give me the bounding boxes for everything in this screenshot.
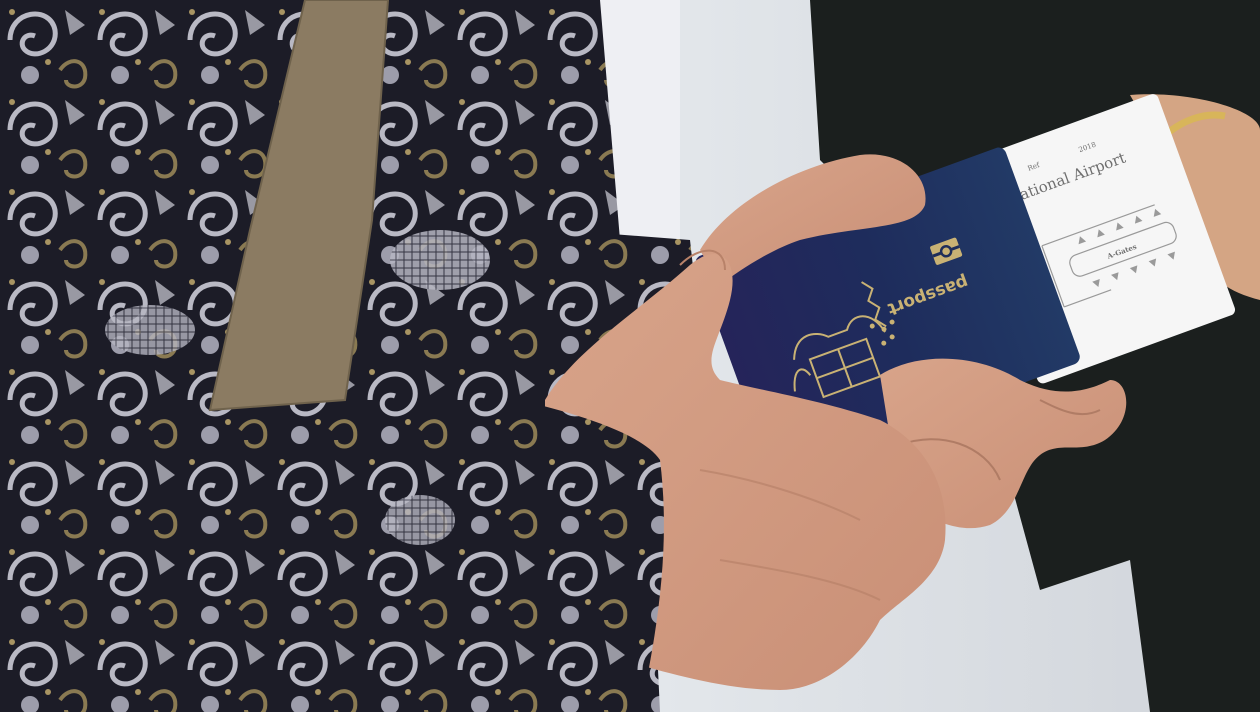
photo-illustration: Facility Ref 2018 ternational Airport A-… [0,0,1260,712]
photo-scene: Facility Ref 2018 ternational Airport A-… [0,0,1260,712]
